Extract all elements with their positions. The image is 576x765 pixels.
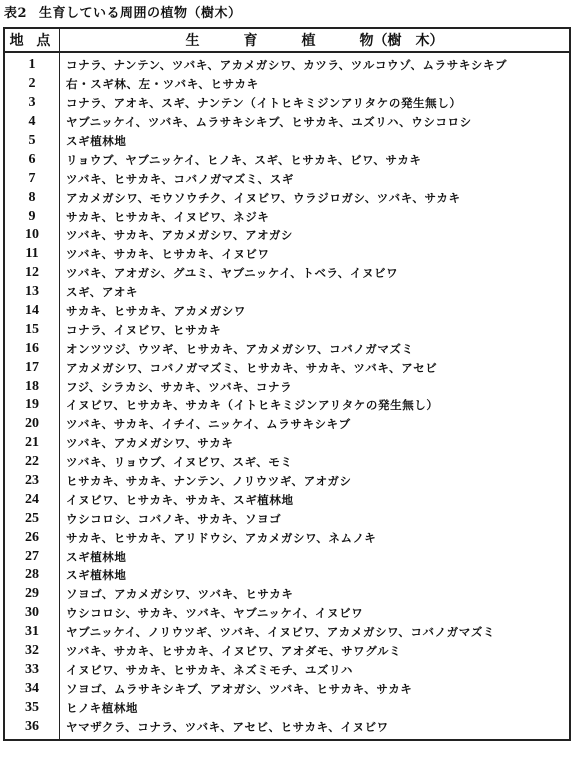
site-number: 16 [4,339,60,358]
site-number: 6 [4,150,60,169]
header-part: 生 [186,33,200,49]
table-row: 15コナラ、イヌビワ、ヒサカキ [4,320,570,339]
plant-list: イヌビワ、ヒサカキ、サカキ、スギ植林地 [60,490,571,509]
site-number: 19 [4,396,60,415]
table-row: 3コナラ、アオキ、スギ、ナンテン（イトヒキミジンアリタケの発生無し） [4,94,570,113]
table-row: 14サカキ、ヒサカキ、アカメガシワ [4,302,570,321]
site-number: 24 [4,490,60,509]
plant-list: ソヨゴ、ムラサキシキブ、アオガシ、ツバキ、ヒサカキ、サカキ [60,679,571,698]
table-row: 13スギ、アオキ [4,283,570,302]
plant-list: ツバキ、サカキ、イチイ、ニッケイ、ムラサキシキブ [60,415,571,434]
plant-list: スギ植林地 [60,132,571,151]
site-number: 20 [4,415,60,434]
plant-list: ツバキ、サカキ、ヒサカキ、イヌビワ、アオダモ、サワグルミ [60,642,571,661]
site-number: 32 [4,642,60,661]
plant-list: 右・スギ林、左・ツバキ、ヒサカキ [60,75,571,94]
site-number: 15 [4,320,60,339]
plant-list: ウシコロシ、コバノキ、サカキ、ソヨゴ [60,509,571,528]
site-number: 5 [4,132,60,151]
plant-list: コナラ、イヌビワ、ヒサカキ [60,320,571,339]
table-row: 5スギ植林地 [4,132,570,151]
table-row: 8アカメガシワ、モウソウチク、イヌビワ、ウラジロガシ、ツバキ、サカキ [4,188,570,207]
site-number: 25 [4,509,60,528]
plant-list: ヤマザクラ、コナラ、ツバキ、アセビ、ヒサカキ、イヌビワ [60,717,571,740]
site-number: 31 [4,623,60,642]
table-number: 表2 [4,6,27,21]
plant-list: ヒサカキ、サカキ、ナンテン、ノリウツギ、アオガシ [60,472,571,491]
plant-list: ツバキ、アカメガシワ、サカキ [60,434,571,453]
table-row: 9サカキ、ヒサカキ、イヌビワ、ネジキ [4,207,570,226]
site-number: 28 [4,566,60,585]
table-row: 16オンツツジ、ウツギ、ヒサカキ、アカメガシワ、コバノガマズミ [4,339,570,358]
header-site: 地 点 [4,28,60,52]
plant-list: スギ植林地 [60,566,571,585]
table-row: 30ウシコロシ、サカキ、ツバキ、ヤブニッケイ、イヌビワ [4,604,570,623]
site-number: 18 [4,377,60,396]
site-number: 8 [4,188,60,207]
site-number: 36 [4,717,60,740]
table-row: 4ヤブニッケイ、ツバキ、ムラサキシキブ、ヒサカキ、ユズリハ、ウシコロシ [4,113,570,132]
plant-list: コナラ、ナンテン、ツバキ、アカメガシワ、カツラ、ツルコウゾ、ムラサキシキブ [60,52,571,75]
site-number: 33 [4,661,60,680]
plant-list: スギ植林地 [60,547,571,566]
table-row: 34ソヨゴ、ムラサキシキブ、アオガシ、ツバキ、ヒサカキ、サカキ [4,679,570,698]
site-number: 22 [4,453,60,472]
site-number: 3 [4,94,60,113]
table-row: 35ヒノキ植林地 [4,698,570,717]
plant-list: ヒノキ植林地 [60,698,571,717]
plants-table: 地 点 生育植物（樹 木） 1コナラ、ナンテン、ツバキ、アカメガシワ、カツラ、ツ… [3,27,571,741]
site-number: 10 [4,226,60,245]
table-row: 19イヌビワ、ヒサカキ、サカキ（イトヒキミジンアリタケの発生無し） [4,396,570,415]
plant-list: アカメガシワ、モウソウチク、イヌビワ、ウラジロガシ、ツバキ、サカキ [60,188,571,207]
site-number: 12 [4,264,60,283]
site-number: 35 [4,698,60,717]
plant-list: ウシコロシ、サカキ、ツバキ、ヤブニッケイ、イヌビワ [60,604,571,623]
site-number: 4 [4,113,60,132]
header-part: 育 [244,33,258,49]
site-number: 7 [4,169,60,188]
plant-list: ソヨゴ、アカメガシワ、ツバキ、ヒサカキ [60,585,571,604]
site-number: 29 [4,585,60,604]
plant-list: サカキ、ヒサカキ、アカメガシワ [60,302,571,321]
table-row: 12ツバキ、アオガシ、グユミ、ヤブニッケイ、トベラ、イヌビワ [4,264,570,283]
table-row: 22ツバキ、リョウブ、イヌビワ、スギ、モミ [4,453,570,472]
site-number: 2 [4,75,60,94]
table-row: 7ツバキ、ヒサカキ、コバノガマズミ、スギ [4,169,570,188]
table-body: 1コナラ、ナンテン、ツバキ、アカメガシワ、カツラ、ツルコウゾ、ムラサキシキブ2右… [4,52,570,740]
table-row: 26サカキ、ヒサカキ、アリドウシ、アカメガシワ、ネムノキ [4,528,570,547]
site-number: 1 [4,52,60,75]
site-number: 27 [4,547,60,566]
site-number: 30 [4,604,60,623]
table-row: 21ツバキ、アカメガシワ、サカキ [4,434,570,453]
site-number: 21 [4,434,60,453]
plant-list: ツバキ、リョウブ、イヌビワ、スギ、モミ [60,453,571,472]
plant-list: サカキ、ヒサカキ、イヌビワ、ネジキ [60,207,571,226]
plant-list: リョウブ、ヤブニッケイ、ヒノキ、スギ、ヒサカキ、ビワ、サカキ [60,150,571,169]
table-row: 28スギ植林地 [4,566,570,585]
header-part: 植 [302,33,316,49]
plant-list: ツバキ、サカキ、アカメガシワ、アオガシ [60,226,571,245]
header-part: 物（樹 木） [360,33,444,49]
site-number: 13 [4,283,60,302]
table-caption: 表2生育している周囲の植物（樹木） [4,2,242,21]
plant-list: ツバキ、サカキ、ヒサカキ、イヌビワ [60,245,571,264]
site-number: 26 [4,528,60,547]
table-row: 17アカメガシワ、コバノガマズミ、ヒサカキ、サカキ、ツバキ、アセビ [4,358,570,377]
plant-list: スギ、アオキ [60,283,571,302]
plant-list: イヌビワ、ヒサカキ、サカキ（イトヒキミジンアリタケの発生無し） [60,396,571,415]
plant-list: サカキ、ヒサカキ、アリドウシ、アカメガシワ、ネムノキ [60,528,571,547]
site-number: 9 [4,207,60,226]
table-row: 31ヤブニッケイ、ノリウツギ、ツバキ、イヌビワ、アカメガシワ、コバノガマズミ [4,623,570,642]
table-title: 生育している周囲の植物（樹木） [39,6,242,21]
site-number: 17 [4,358,60,377]
table-row: 10ツバキ、サカキ、アカメガシワ、アオガシ [4,226,570,245]
table-row: 24イヌビワ、ヒサカキ、サカキ、スギ植林地 [4,490,570,509]
site-number: 14 [4,302,60,321]
table-row: 33イヌビワ、サカキ、ヒサカキ、ネズミモチ、ユズリハ [4,661,570,680]
plant-list: オンツツジ、ウツギ、ヒサカキ、アカメガシワ、コバノガマズミ [60,339,571,358]
header-plants: 生育植物（樹 木） [60,28,571,52]
plant-list: ツバキ、アオガシ、グユミ、ヤブニッケイ、トベラ、イヌビワ [60,264,571,283]
plant-list: ヤブニッケイ、ノリウツギ、ツバキ、イヌビワ、アカメガシワ、コバノガマズミ [60,623,571,642]
table-row: 20ツバキ、サカキ、イチイ、ニッケイ、ムラサキシキブ [4,415,570,434]
plant-list: イヌビワ、サカキ、ヒサカキ、ネズミモチ、ユズリハ [60,661,571,680]
plant-list: フジ、シラカシ、サカキ、ツバキ、コナラ [60,377,571,396]
site-number: 11 [4,245,60,264]
header-row: 地 点 生育植物（樹 木） [4,28,570,52]
site-number: 23 [4,472,60,491]
table-row: 1コナラ、ナンテン、ツバキ、アカメガシワ、カツラ、ツルコウゾ、ムラサキシキブ [4,52,570,75]
table-row: 2右・スギ林、左・ツバキ、ヒサカキ [4,75,570,94]
table-row: 36ヤマザクラ、コナラ、ツバキ、アセビ、ヒサカキ、イヌビワ [4,717,570,740]
plant-list: コナラ、アオキ、スギ、ナンテン（イトヒキミジンアリタケの発生無し） [60,94,571,113]
site-number: 34 [4,679,60,698]
table-row: 29ソヨゴ、アカメガシワ、ツバキ、ヒサカキ [4,585,570,604]
table-row: 25ウシコロシ、コバノキ、サカキ、ソヨゴ [4,509,570,528]
table-row: 32ツバキ、サカキ、ヒサカキ、イヌビワ、アオダモ、サワグルミ [4,642,570,661]
table-row: 23ヒサカキ、サカキ、ナンテン、ノリウツギ、アオガシ [4,472,570,491]
table-row: 27スギ植林地 [4,547,570,566]
table-row: 11ツバキ、サカキ、ヒサカキ、イヌビワ [4,245,570,264]
table-row: 18フジ、シラカシ、サカキ、ツバキ、コナラ [4,377,570,396]
plant-list: ヤブニッケイ、ツバキ、ムラサキシキブ、ヒサカキ、ユズリハ、ウシコロシ [60,113,571,132]
plant-list: ツバキ、ヒサカキ、コバノガマズミ、スギ [60,169,571,188]
plant-list: アカメガシワ、コバノガマズミ、ヒサカキ、サカキ、ツバキ、アセビ [60,358,571,377]
table-row: 6リョウブ、ヤブニッケイ、ヒノキ、スギ、ヒサカキ、ビワ、サカキ [4,150,570,169]
